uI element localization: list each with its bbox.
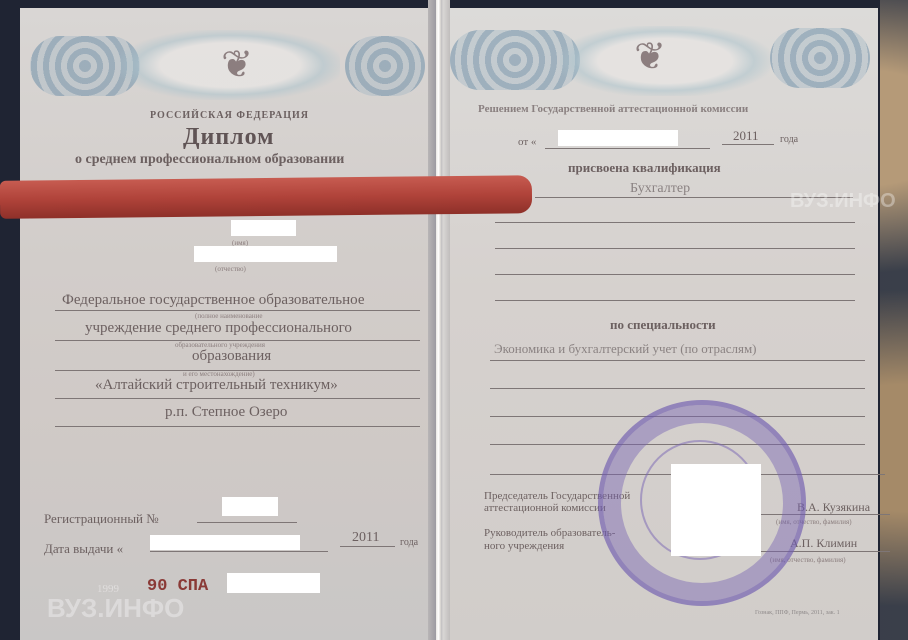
underline	[495, 222, 855, 223]
diploma-subtitle: о среднем профессиональном образовании	[75, 152, 344, 168]
year-suffix-left: года	[400, 537, 418, 548]
redacted-signature	[671, 464, 761, 556]
underline	[55, 310, 420, 311]
underline	[490, 360, 865, 361]
underline	[340, 546, 395, 547]
underline	[495, 274, 855, 275]
institution-line-5: р.п. Степное Озеро	[165, 404, 287, 421]
decision-year: 2011	[733, 128, 759, 144]
diploma-title: Диплом	[183, 124, 275, 151]
institution-line-4: «Алтайский строительный техникум»	[95, 377, 338, 394]
redacted-issue-date	[150, 535, 300, 550]
underline	[495, 300, 855, 301]
watermark-left: ВУЗ.ИНФО	[47, 593, 184, 624]
ornament-right	[345, 36, 425, 96]
underline	[722, 144, 774, 145]
bookmark-cord	[436, 0, 441, 640]
institution-line-3: образования	[192, 348, 271, 365]
underline	[55, 398, 420, 399]
institution-line-1: Федеральное государственное образователь…	[62, 292, 365, 309]
red-pencil	[0, 175, 532, 219]
year-suffix-right: года	[780, 134, 798, 145]
underline	[545, 148, 710, 149]
issue-year: 2011	[352, 530, 379, 546]
coat-of-arms-icon: ❦	[215, 40, 259, 90]
caption-full-name: (полное наименование	[195, 312, 262, 320]
caption-patronymic: (отчество)	[215, 265, 246, 273]
issue-date-label: Дата выдачи «	[44, 541, 123, 557]
underline	[55, 426, 420, 427]
redacted-patronymic	[194, 246, 337, 262]
from-label: от «	[518, 136, 536, 148]
decision-line: Решением Государственной аттестационной …	[478, 103, 748, 115]
watermark-right: ВУЗ.ИНФО	[790, 190, 896, 213]
chair-label-2: аттестационной комиссии	[484, 502, 606, 514]
institution-line-2: учреждение среднего профессионального	[85, 320, 352, 337]
redacted-reg-number	[222, 497, 278, 516]
head-label-2: ного учреждения	[484, 540, 564, 552]
specialty-label: по специальности	[610, 317, 716, 333]
redacted-name	[231, 220, 296, 236]
underline	[197, 522, 297, 523]
underline	[495, 248, 855, 249]
redacted-decision-date	[558, 130, 678, 146]
head-label-1: Руководитель образователь-	[484, 527, 615, 539]
qualification-value: Бухгалтер	[630, 181, 690, 197]
ornament-right-2	[770, 28, 870, 88]
chair-name: В.А. Кузякина	[797, 500, 870, 515]
watermark-year: 1999	[97, 583, 119, 595]
qualification-label: присвоена квалификация	[568, 160, 721, 176]
underline	[150, 551, 328, 552]
reg-number-label: Регистрационный №	[44, 511, 159, 527]
head-name: А.П. Климин	[790, 536, 857, 551]
underline	[490, 388, 865, 389]
coat-of-arms-icon: ❦	[628, 32, 672, 82]
header-country: РОССИЙСКАЯ ФЕДЕРАЦИЯ	[150, 110, 309, 121]
footer-print-info: Гознак, ППФ, Пермь, 2011, зак. 1	[755, 610, 840, 616]
redacted-serial-number	[227, 573, 320, 593]
specialty-value: Экономика и бухгалтерский учет (по отрас…	[494, 341, 757, 357]
